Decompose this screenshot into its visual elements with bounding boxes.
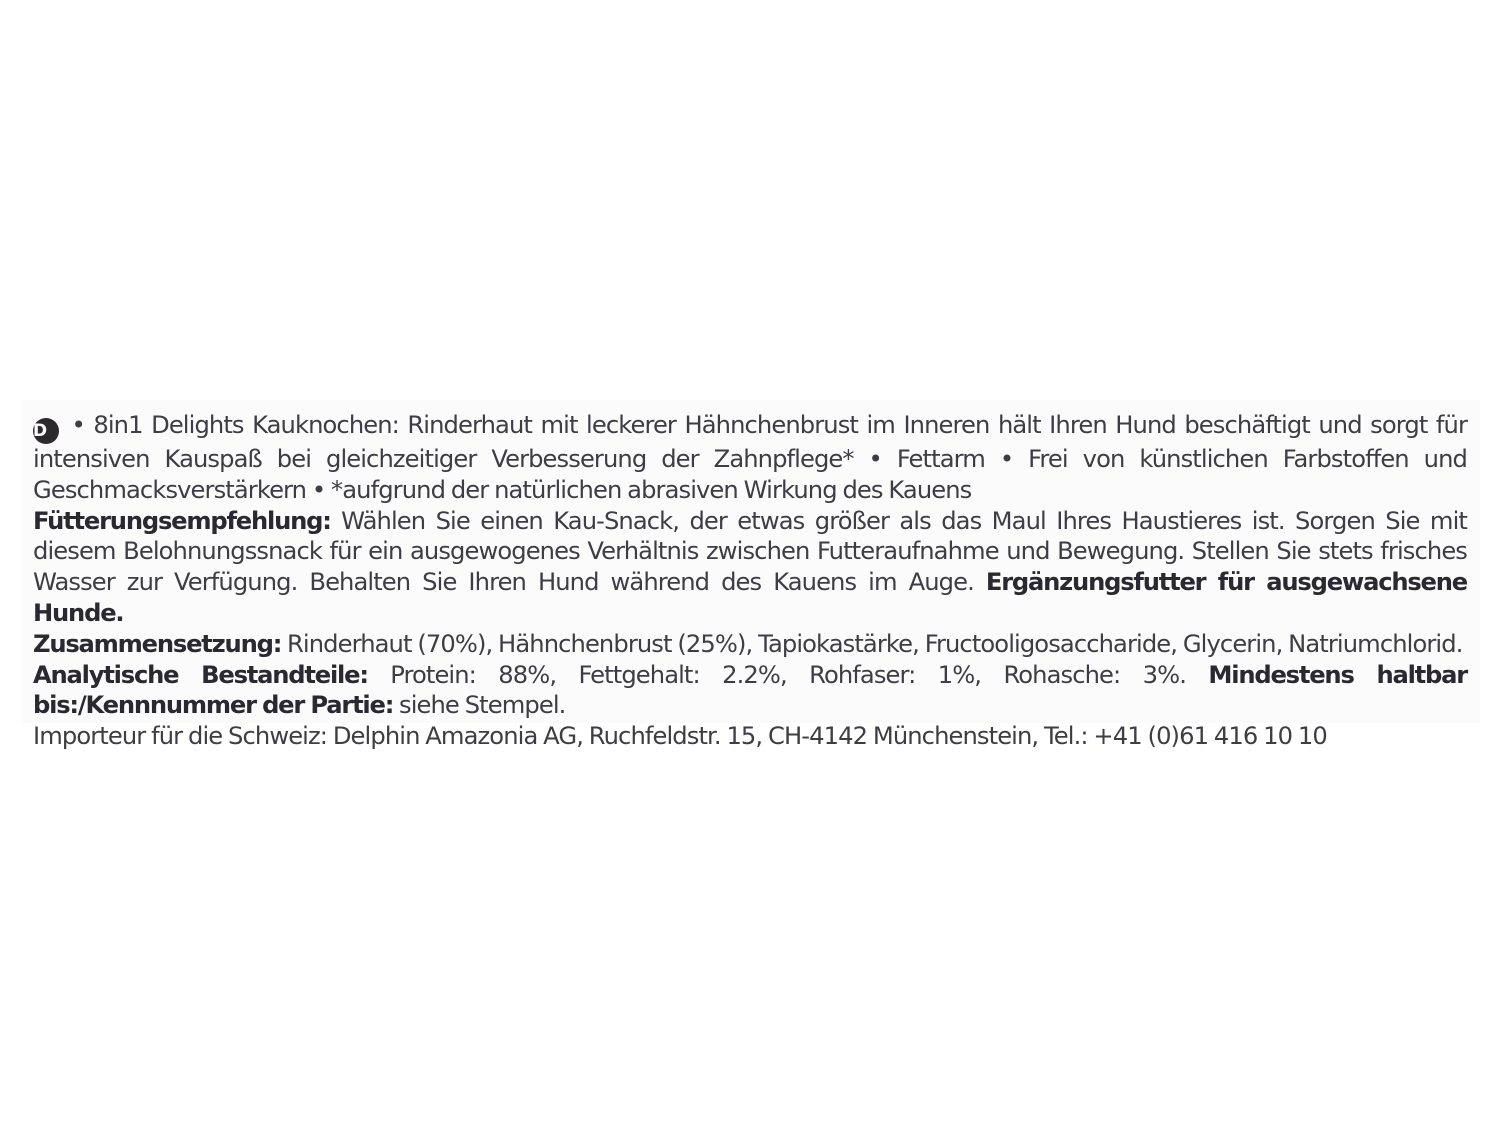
best-before-text: siehe Stempel. <box>399 691 565 719</box>
product-label-text: D • 8in1 Delights Kauknochen: Rinderhaut… <box>33 410 1467 752</box>
product-description-text: 8in1 Delights Kauknochen: Rinderhaut mit… <box>33 411 1467 504</box>
feeding-recommendation: Fütterungsempfehlung: Wählen Sie einen K… <box>33 506 1467 629</box>
importer-info: Importeur für die Schweiz: Delphin Amazo… <box>33 721 1467 752</box>
product-description: D • 8in1 Delights Kauknochen: Rinderhaut… <box>33 410 1467 506</box>
composition: Zusammensetzung: Rinderhaut (70%), Hähnc… <box>33 629 1467 660</box>
composition-heading: Zusammensetzung: <box>33 630 281 658</box>
analysis-text: Protein: 88%, Fettgehalt: 2.2%, Rohfaser… <box>390 661 1186 689</box>
feeding-heading: Fütterungsempfehlung: <box>33 507 331 535</box>
bullet-separator: • <box>72 411 85 439</box>
analytical-constituents: Analytische Bestandteile: Protein: 88%, … <box>33 660 1467 722</box>
composition-text: Rinderhaut (70%), Hähnchenbrust (25%), T… <box>287 630 1463 658</box>
importer-text: Importeur für die Schweiz: Delphin Amazo… <box>33 722 1327 750</box>
language-badge-icon: D <box>33 418 59 444</box>
analysis-heading: Analytische Bestandteile: <box>33 661 368 689</box>
